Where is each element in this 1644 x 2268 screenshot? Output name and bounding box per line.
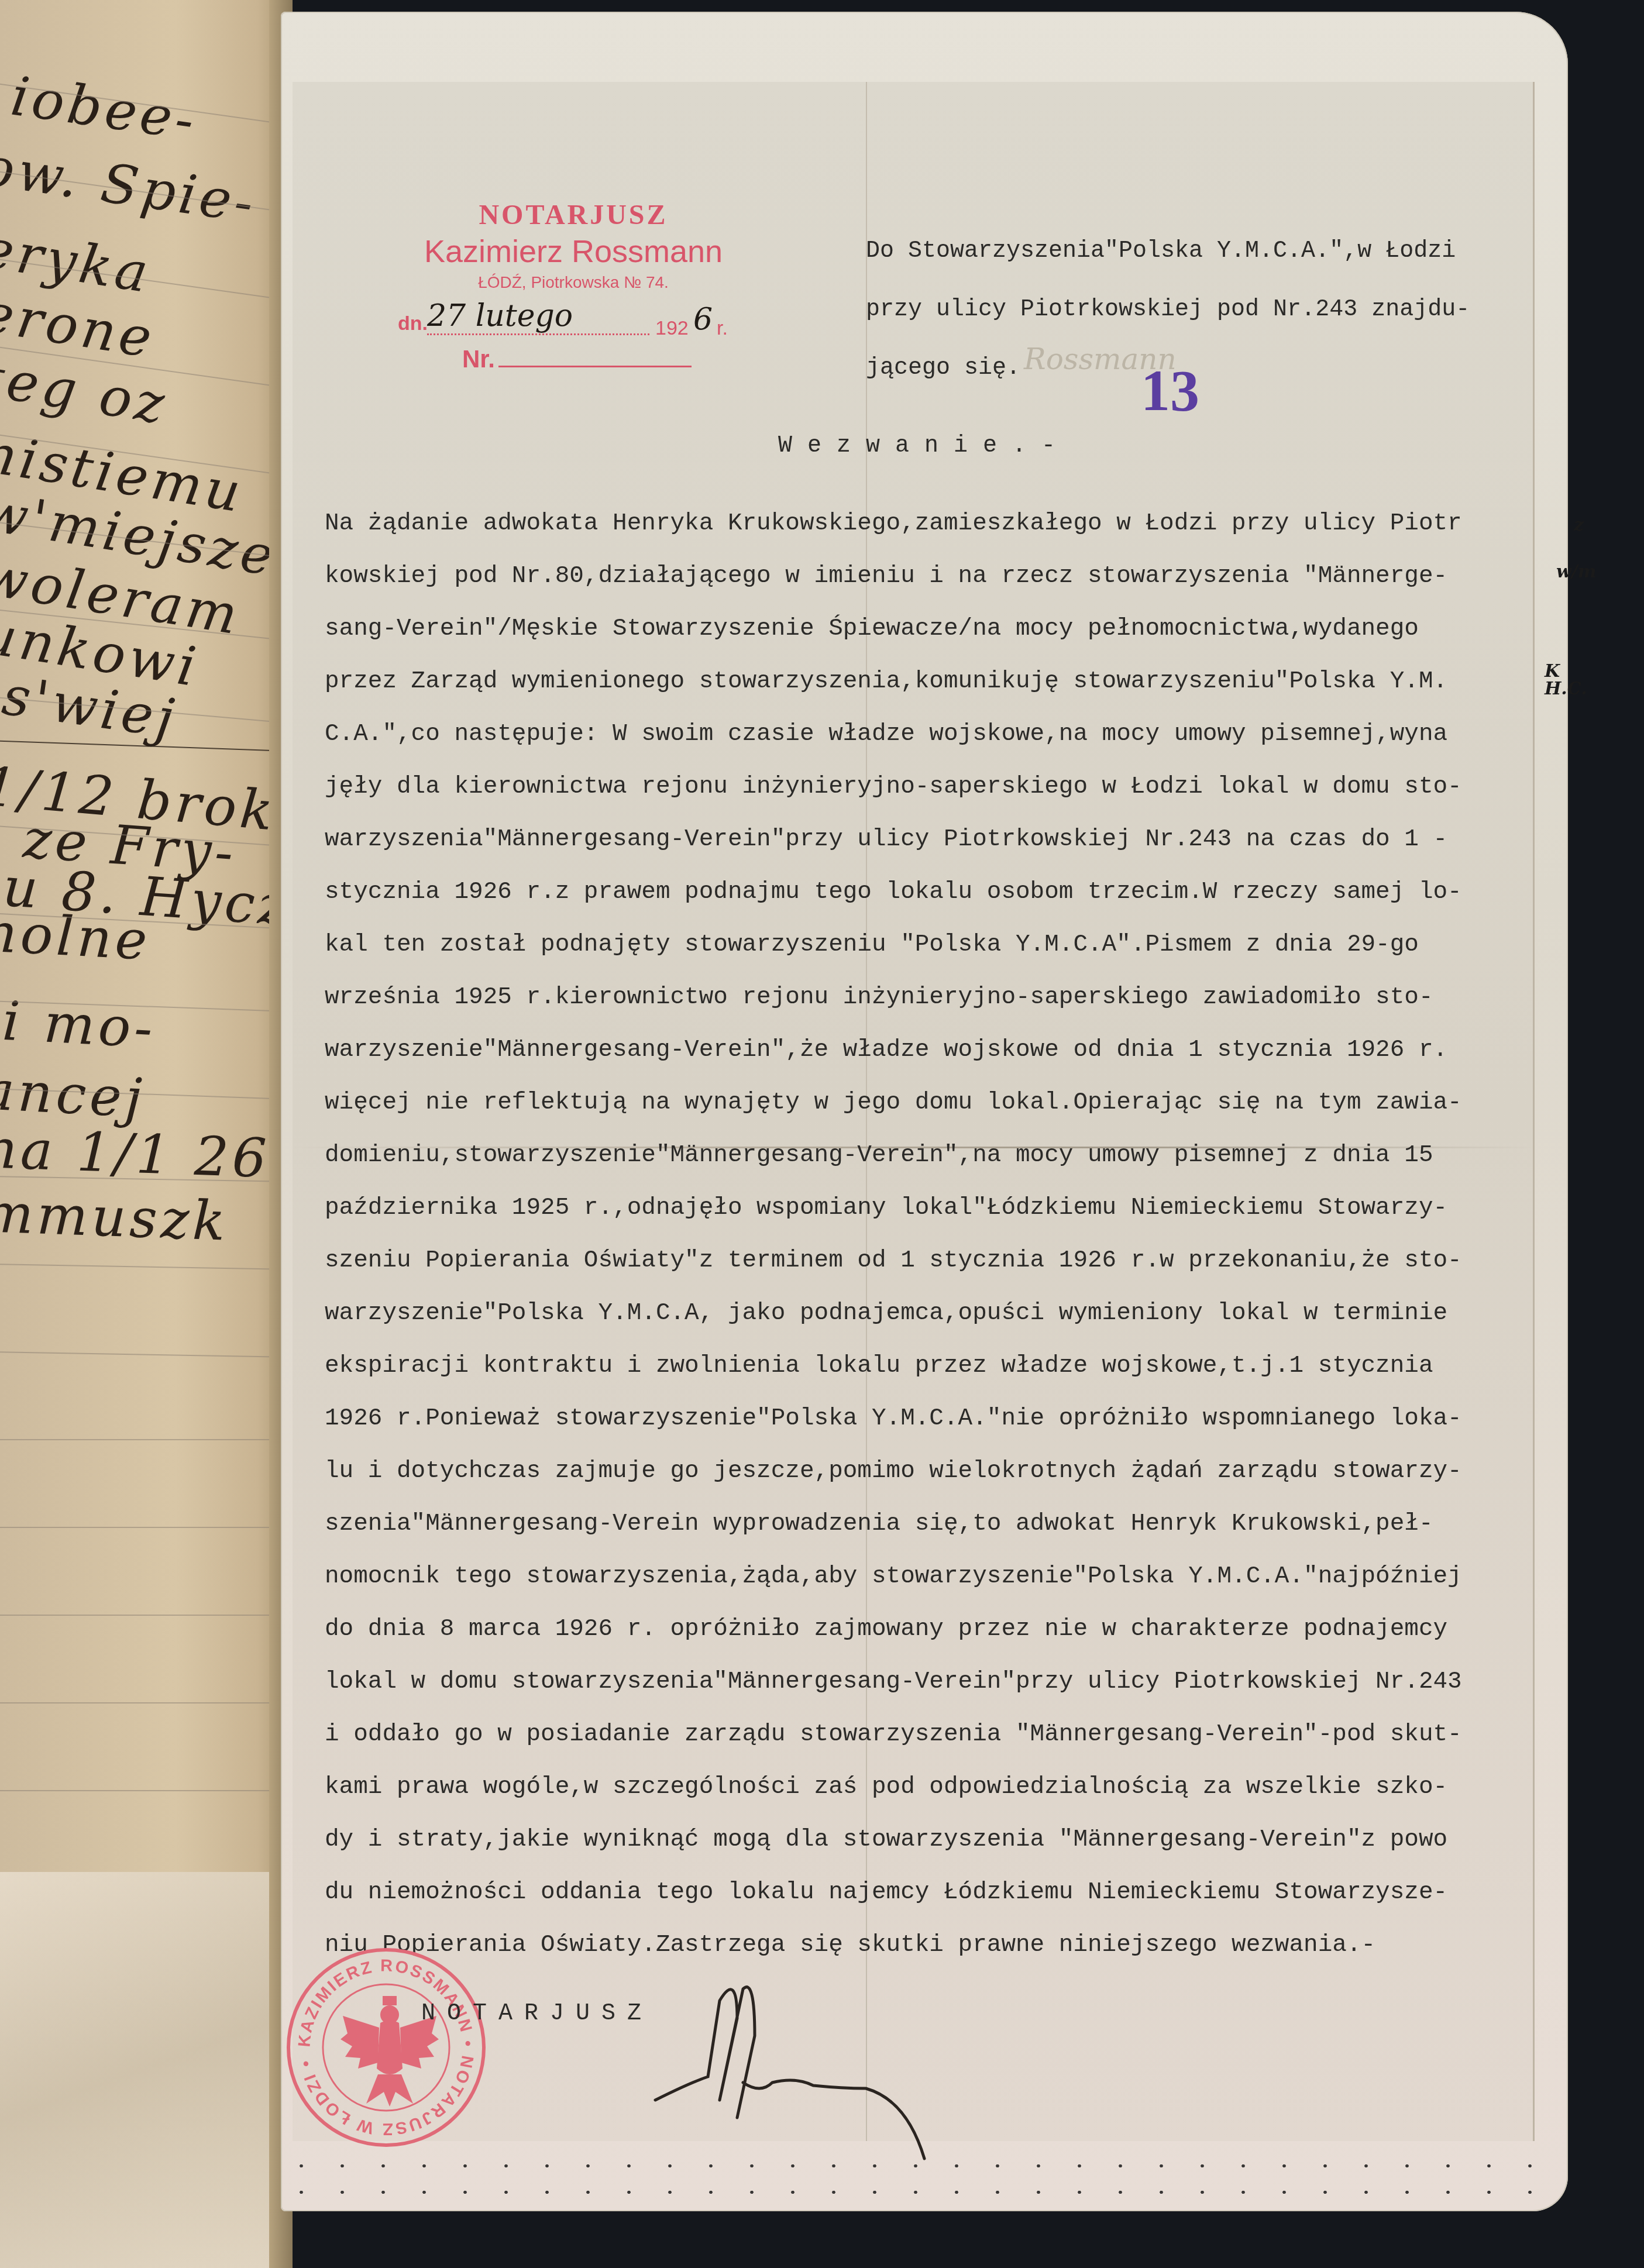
handwritten-year-digit: 6 <box>693 302 713 337</box>
body-line: kal ten został podnajęty stowarzyszeniu … <box>325 918 1565 971</box>
body-line: więcej nie reflektują na wynajęty w jego… <box>325 1076 1565 1129</box>
date-underline <box>427 333 649 335</box>
ruled-line <box>0 1439 293 1440</box>
addressee-block: Do Stowarzyszenia"Polska Y.M.C.A.",w Łod… <box>866 222 1545 398</box>
body-line: szenia"Männergesang-Verein wyprowadzenia… <box>325 1498 1565 1550</box>
body-line: października 1925 r.,odnajęło wspomiany … <box>325 1182 1565 1234</box>
body-line: kami prawa wogóle,w szczególności zaś po… <box>325 1761 1565 1813</box>
document-body: Na żądanie adwokata Henryka Krukowskiego… <box>325 497 1565 1971</box>
body-line: kowskiej pod Nr.80,działającego w imieni… <box>325 550 1565 603</box>
stamp-title: NOTARJUSZ <box>398 199 749 231</box>
body-line: dy i straty,jakie wyniknąć mogą dla stow… <box>325 1813 1565 1866</box>
date-prefix: dn. <box>398 312 428 335</box>
notary-header-stamp: NOTARJUSZ Kazimierz Rossmann ŁÓDŹ, Piotr… <box>398 199 749 292</box>
body-line: du niemożności oddania tego lokalu najem… <box>325 1866 1565 1919</box>
body-line: do dnia 8 marca 1926 r. opróżniło zajmow… <box>325 1603 1565 1656</box>
margin-note: H.C. <box>1545 679 1587 699</box>
body-line: nomocnik tego stowarzyszenia,żąda,aby st… <box>325 1550 1565 1603</box>
body-line: lokal w domu stowarzyszenia"Männergesang… <box>325 1656 1565 1708</box>
ruled-line <box>0 1527 293 1528</box>
document-number-stamp: 13 <box>1141 357 1199 424</box>
margin-note: z <box>1574 515 1584 535</box>
handwritten-date: 27 lutego <box>427 298 573 333</box>
ruled-line <box>0 1264 293 1270</box>
body-line: lu i dotychczas zajmuje go jeszcze,pomim… <box>325 1445 1565 1498</box>
addressee-line: przy ulicy Piotrkowskiej pod Nr.243 znaj… <box>866 281 1545 339</box>
number-underline <box>498 366 692 367</box>
body-line: szeniu Popierania Oświaty"z terminem od … <box>325 1234 1565 1287</box>
body-line: ekspiracji kontraktu i zwolnienia lokalu… <box>325 1340 1565 1392</box>
document-title: Wezwanie.- <box>778 433 1071 459</box>
ruled-line <box>0 1615 293 1616</box>
signature-label: NOTARJUSZ <box>421 2001 653 2027</box>
tissue-overlay <box>0 1872 275 2268</box>
margin-note: w/m <box>1556 562 1597 582</box>
body-line: Na żądanie adwokata Henryka Krukowskiego… <box>325 497 1565 550</box>
left-ledger-page: iobee- ow. Spie- eryka erone teg oz nist… <box>0 0 293 2268</box>
body-line: sang-Verein"/Męskie Stowarzyszenie Śpiew… <box>325 603 1565 655</box>
year-prefix: 192 <box>655 317 689 340</box>
stamp-date-line: dn. 27 lutego 192 6 r. <box>386 304 737 339</box>
body-line: stycznia 1926 r.z prawem podnajmu tego l… <box>325 866 1565 918</box>
body-line: C.A.",co następuje: W swoim czasie władz… <box>325 708 1565 760</box>
ruled-line <box>0 1351 293 1358</box>
body-line: warzyszenie"Männergesang-Verein",że wład… <box>325 1024 1565 1076</box>
number-label: Nr. <box>462 345 495 373</box>
body-line: 1926 r.Ponieważ stowarzyszenie"Polska Y.… <box>325 1392 1565 1445</box>
body-line: warzyszenie"Polska Y.M.C.A, jako podnaje… <box>325 1287 1565 1340</box>
body-line: domieniu,stowarzyszenie"Männergesang-Ver… <box>325 1129 1565 1182</box>
body-line: jęły dla kierownictwa rejonu inżynieryjn… <box>325 760 1565 813</box>
ruled-line <box>0 1702 293 1703</box>
addressee-line: jącego się. <box>866 339 1545 398</box>
stamp-number-line: Nr. <box>462 345 692 373</box>
body-line: i oddało go w posiadanie zarządu stowarz… <box>325 1708 1565 1761</box>
body-line: niu Popierania Oświaty.Zastrzega się sku… <box>325 1919 1565 1971</box>
addressee-line: Do Stowarzyszenia"Polska Y.M.C.A.",w Łod… <box>866 222 1545 281</box>
stamp-notary-name: Kazimierz Rossmann <box>398 233 749 270</box>
body-line: przez Zarząd wymienionego stowarzyszenia… <box>325 655 1565 708</box>
year-suffix: r. <box>717 317 728 340</box>
ruled-line <box>0 1790 293 1791</box>
handwritten-signature <box>620 1966 948 2164</box>
notary-seal: KAZIMIERZ ROSSMANN • NOTARJUSZ W ŁODZI • <box>287 1948 486 2147</box>
body-line: września 1925 r.kierownictwo rejonu inży… <box>325 971 1565 1024</box>
body-line: warzyszenia"Männergesang-Verein"przy uli… <box>325 813 1565 866</box>
handwritten-line: ji mo- <box>0 989 288 1067</box>
handwritten-line: mmuszk <box>0 1182 288 1255</box>
stamp-address: ŁÓDŹ, Piotrkowska № 74. <box>398 273 749 292</box>
